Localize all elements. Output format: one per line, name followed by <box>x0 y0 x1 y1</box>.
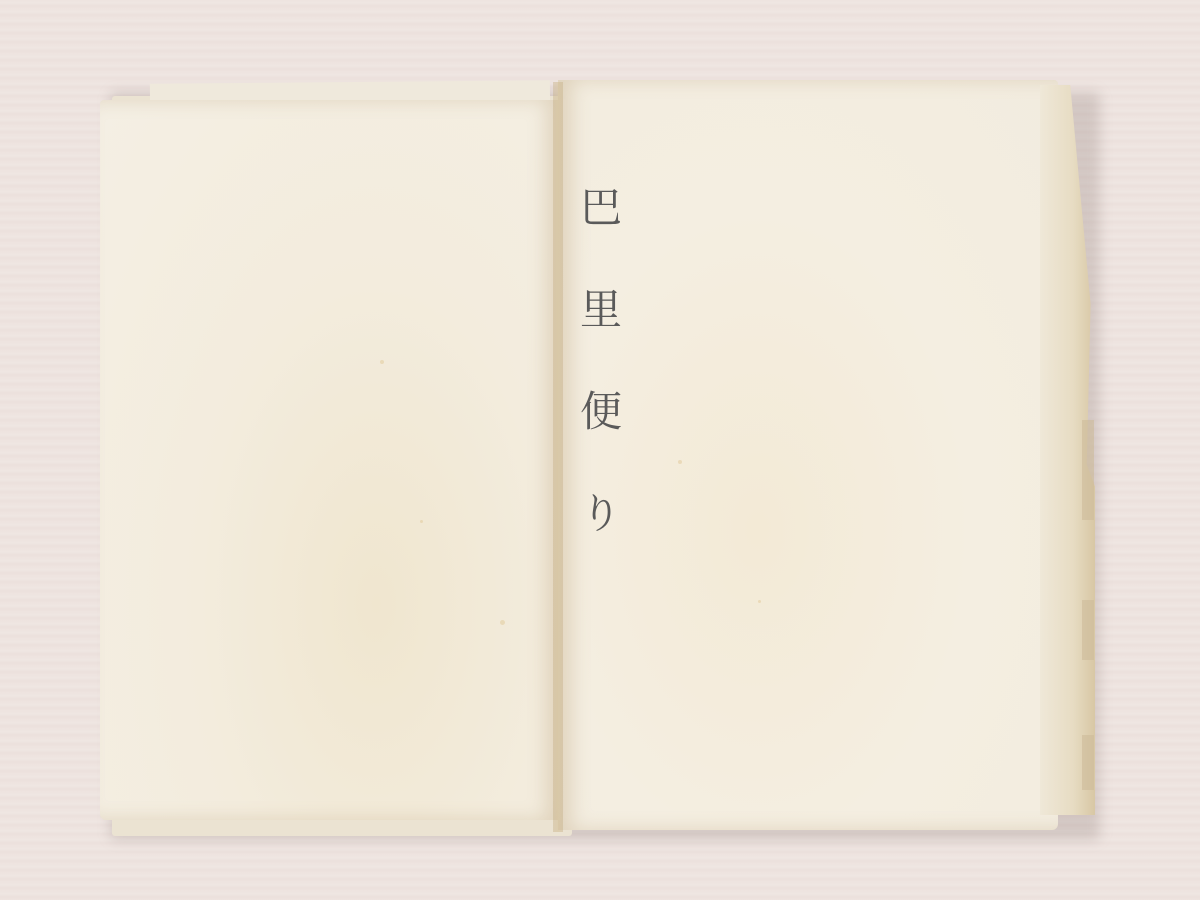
foxing-spot <box>420 520 423 523</box>
left-page <box>100 100 560 820</box>
handwritten-title: 巴里便り <box>568 185 628 593</box>
book-gutter <box>553 82 563 832</box>
photo-scene: 巴里便り <box>0 0 1200 900</box>
foxing-spot <box>678 460 682 464</box>
page-tab <box>1082 600 1094 660</box>
page-tab <box>1082 420 1094 520</box>
right-page <box>558 80 1058 830</box>
foxing-spot <box>758 600 761 603</box>
foxing-spot <box>380 360 384 364</box>
foxing-spot <box>500 620 505 625</box>
page-tab <box>1082 735 1094 790</box>
